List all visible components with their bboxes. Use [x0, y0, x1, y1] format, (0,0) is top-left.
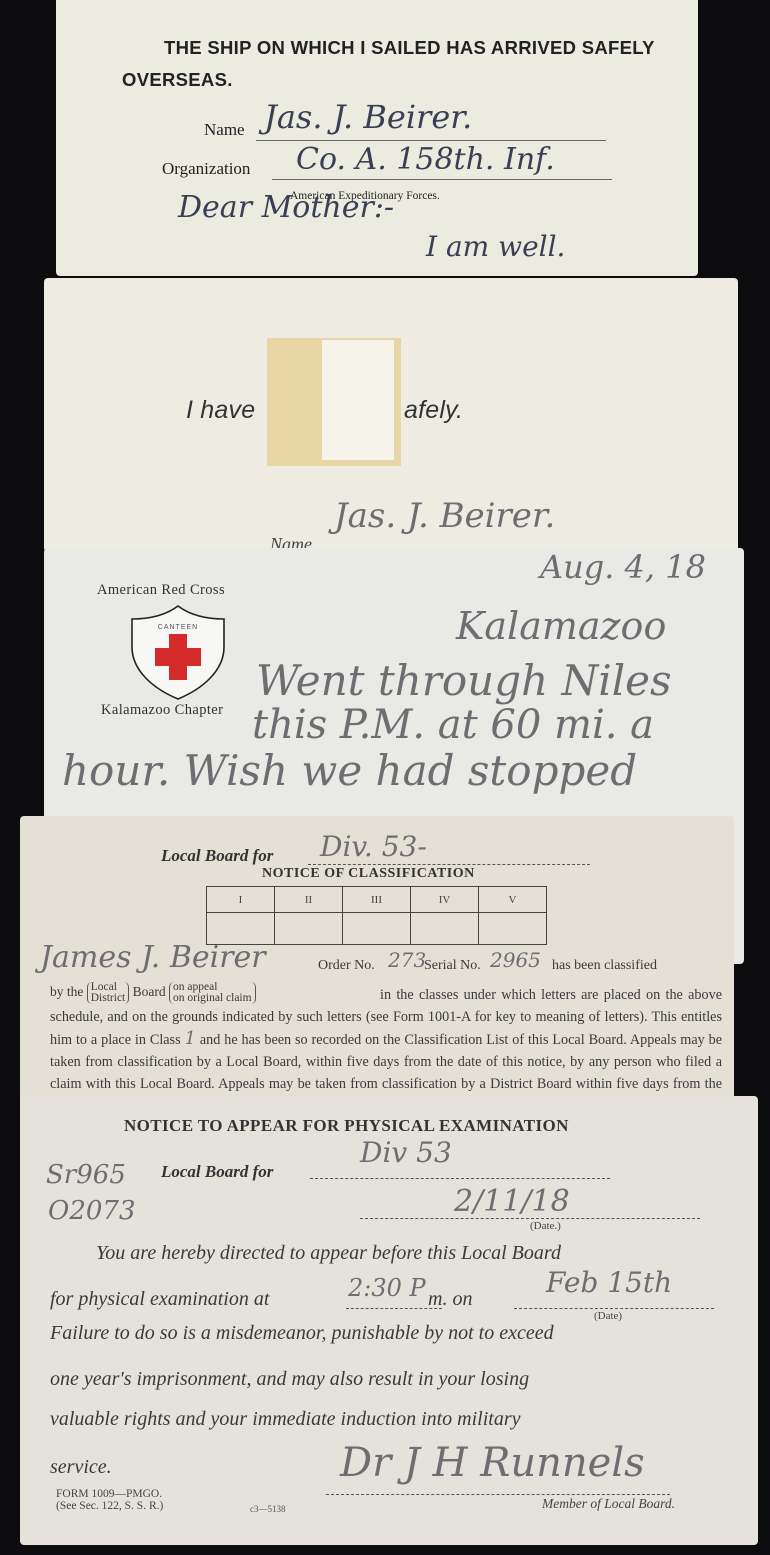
warning-line-2: one year's imprisonment, and may also re…	[50, 1368, 529, 1391]
message-handwritten: I am well.	[426, 230, 565, 263]
warning-line-4: service.	[50, 1456, 112, 1479]
class-header: V	[479, 887, 547, 913]
print-code: c3—5138	[250, 1504, 286, 1514]
organization-handwritten: Co. A. 158th. Inf.	[296, 142, 555, 177]
warning-line-3: valuable rights and your immediate induc…	[50, 1408, 521, 1431]
class-cell	[343, 913, 411, 945]
form-number-block: FORM 1009—PMGO. (See Sec. 122, S. S. R.)	[56, 1488, 163, 1512]
overseas-heading: THE SHIP ON WHICH I SAILED HAS ARRIVED S…	[122, 32, 682, 96]
red-cross-shield-icon: CANTEEN	[128, 603, 228, 701]
arrived-safely-card: I have afely. Name Jas. J. Beirer.	[44, 278, 738, 552]
paper-tear	[322, 340, 394, 460]
order-label: Order No.	[318, 958, 375, 974]
organization-underline	[272, 179, 612, 180]
place-handwritten: Kalamazoo	[456, 604, 666, 648]
local-board-handwritten: Div. 53-	[320, 830, 427, 863]
local-board-dotted-line	[310, 1178, 610, 1179]
margin-note-serial: Sr965	[46, 1160, 126, 1190]
directive-line-2-prefix: for physical examination at	[50, 1288, 269, 1311]
overseas-arrival-card: THE SHIP ON WHICH I SAILED HAS ARRIVED S…	[56, 0, 698, 276]
date-handwritten: Aug. 4, 18	[540, 548, 706, 586]
class-cell	[479, 913, 547, 945]
date-handwritten: 2/11/18	[454, 1184, 570, 1219]
local-board-label: Local Board for	[161, 1162, 273, 1182]
class-value-handwritten: 1	[185, 1028, 196, 1049]
serial-label: Serial No.	[424, 958, 481, 974]
salutation-handwritten: Dear Mother:-	[178, 190, 394, 225]
name-underline	[256, 140, 606, 141]
letter-line-2: this P.M. at 60 mi. a	[252, 702, 654, 748]
warning-line-1: Failure to do so is a misdemeanor, punis…	[50, 1322, 554, 1345]
form-number: FORM 1009—PMGO.	[56, 1488, 163, 1500]
classified-text: has been classified	[552, 958, 657, 974]
local-board-dotted-line	[308, 864, 590, 865]
name-handwritten: Jas. J. Beirer.	[264, 98, 472, 136]
local-board-handwritten: Div 53	[360, 1136, 452, 1169]
red-cross-org-name: American Red Cross	[97, 582, 225, 599]
svg-text:CANTEEN: CANTEEN	[158, 624, 198, 631]
class-header: II	[275, 887, 343, 913]
exam-date-dotted-line	[514, 1308, 714, 1309]
class-cell	[411, 913, 479, 945]
signature-dotted-line	[326, 1494, 670, 1495]
signature-handwritten: Dr J H Runnels	[340, 1440, 645, 1486]
physical-exam-title: NOTICE TO APPEAR FOR PHYSICAL EXAMINATIO…	[124, 1116, 569, 1136]
exam-date-label: (Date)	[594, 1310, 622, 1322]
signature-label: Member of Local Board.	[542, 1496, 675, 1512]
class-header: I	[207, 887, 275, 913]
order-handwritten: 273	[388, 948, 426, 972]
serial-handwritten: 2965	[490, 948, 541, 972]
letter-line-3: hour. Wish we had stopped	[62, 746, 637, 795]
classification-body: in the classes under which letters are p…	[50, 984, 722, 1112]
margin-note-order: O2073	[48, 1196, 135, 1226]
classification-title: NOTICE OF CLASSIFICATION	[262, 866, 475, 882]
form-reference: (See Sec. 122, S. S. R.)	[56, 1500, 163, 1512]
classification-table: I II III IV V	[206, 886, 547, 945]
directive-line-1: You are hereby directed to appear before…	[96, 1242, 561, 1265]
classification-notice-card: Local Board for Div. 53- NOTICE OF CLASS…	[20, 816, 734, 1112]
registrant-name-handwritten: James J. Beirer	[40, 940, 266, 975]
directive-line-2-mid: m. on	[428, 1288, 472, 1311]
arrived-message-end: afely.	[404, 396, 463, 425]
physical-exam-notice-card: NOTICE TO APPEAR FOR PHYSICAL EXAMINATIO…	[20, 1096, 758, 1545]
arrived-message-start: I have	[186, 396, 255, 425]
class-header: III	[343, 887, 411, 913]
letter-line-1: Went through Niles	[256, 656, 672, 705]
class-header: IV	[411, 887, 479, 913]
time-handwritten: 2:30 P	[348, 1274, 426, 1302]
organization-label: Organization	[162, 159, 250, 179]
date-label: (Date.)	[530, 1220, 561, 1232]
name-handwritten: Jas. J. Beirer.	[334, 496, 555, 536]
exam-date-handwritten: Feb 15th	[546, 1266, 672, 1299]
name-label: Name	[204, 120, 245, 140]
chapter-name: Kalamazoo Chapter	[101, 702, 223, 719]
local-board-label: Local Board for	[161, 846, 273, 866]
class-cell	[275, 913, 343, 945]
